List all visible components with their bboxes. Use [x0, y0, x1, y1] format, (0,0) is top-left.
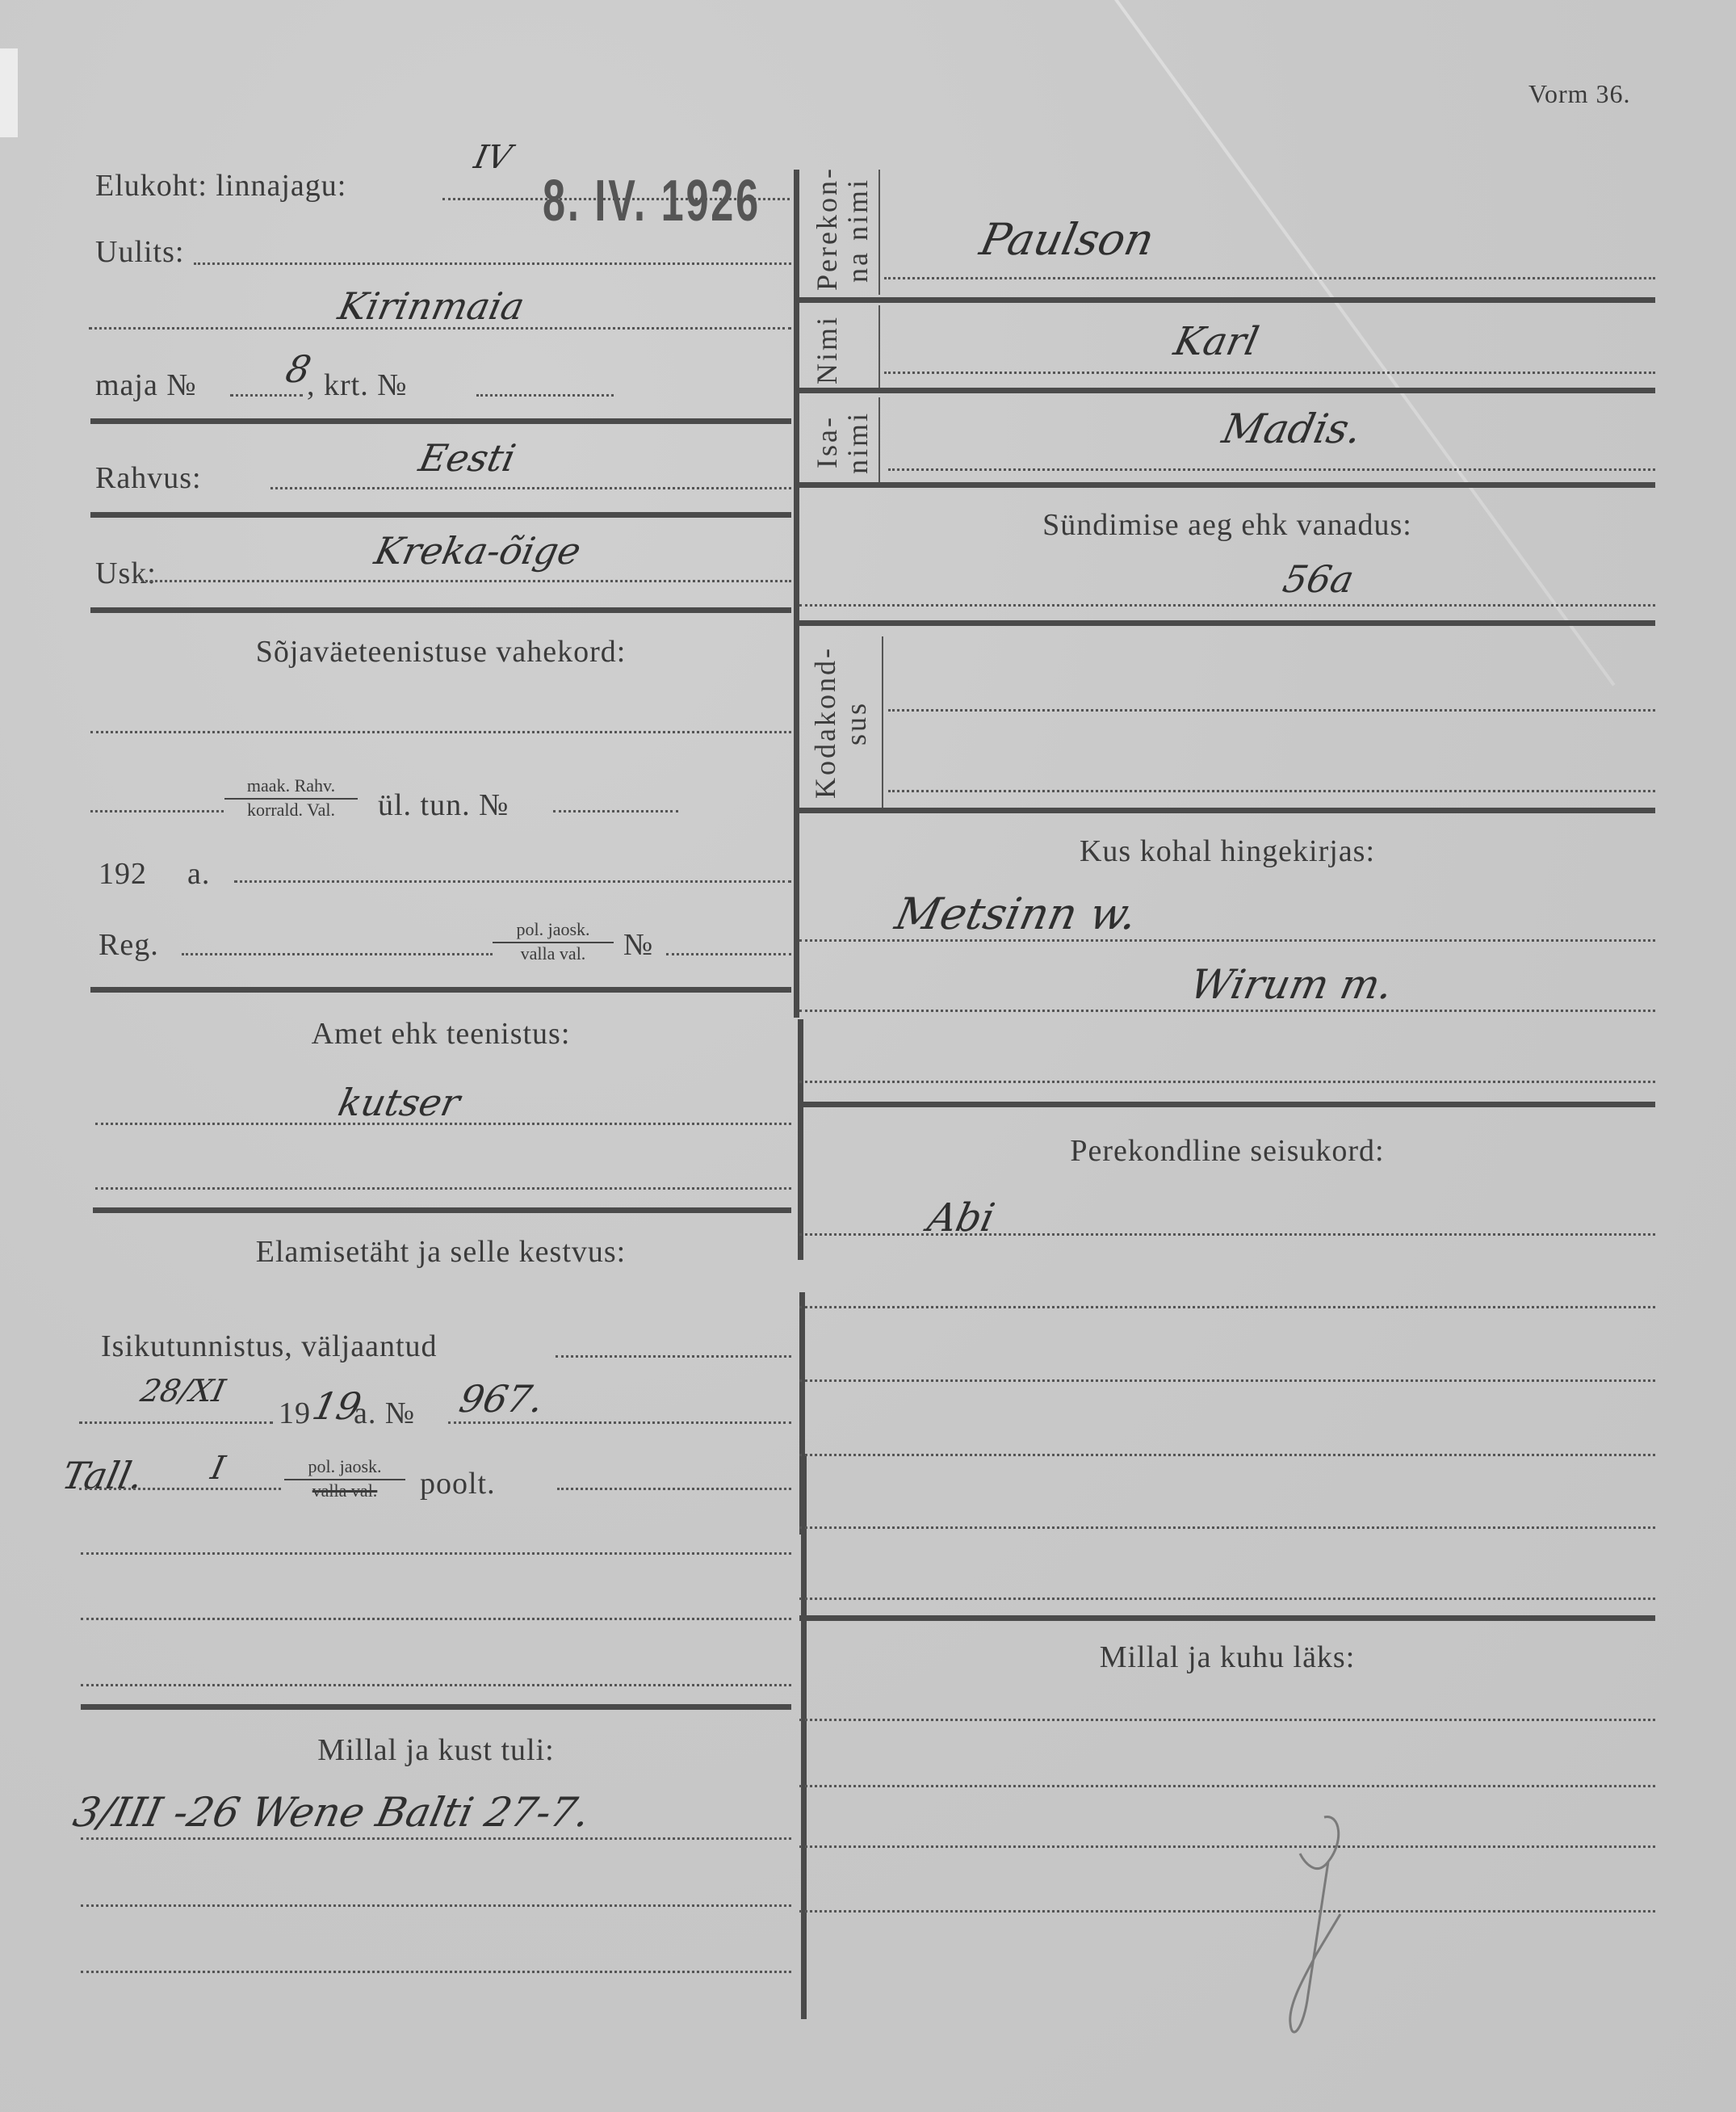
divider: [93, 1207, 791, 1213]
departure-line-4: [799, 1910, 1655, 1913]
document-page: Vorm 36. Elukoht: linnajagu: IV 8. IV. 1…: [0, 0, 1736, 2112]
apartment-line: [476, 394, 614, 397]
issuer-section-value: I: [208, 1450, 229, 1487]
fraction-top: pol. jaosk.: [284, 1456, 405, 1480]
divider: [799, 297, 1655, 303]
column-divider: [801, 1454, 807, 2019]
family-line-5: [799, 1526, 1655, 1529]
surname-label: Perekon- na nimi: [811, 170, 878, 291]
id-line: [556, 1355, 791, 1358]
registry-line-2: [799, 1010, 1655, 1012]
house-line: [230, 394, 303, 397]
registry-line1-value: Metsinn w.: [891, 888, 1142, 939]
signature-mark: [1260, 1809, 1357, 2055]
first-name-line: [884, 372, 1655, 374]
ul-tun-line: [553, 810, 678, 812]
id-date-line: [79, 1421, 273, 1424]
registry-line-1: [799, 939, 1655, 942]
occupation-heading: Amet ehk teenistus:: [90, 1016, 791, 1052]
street-value: Kirinmaia: [334, 284, 528, 328]
reg-label: Reg.: [99, 927, 159, 963]
street-line-1: [194, 262, 791, 265]
id-number-line: [448, 1421, 791, 1424]
military-heading: Sõjaväeteenistuse vahekord:: [90, 634, 791, 670]
arrival-line-3: [81, 1971, 791, 1973]
blank-line: [81, 1618, 791, 1620]
fraction-bottom-struck: valla val.: [284, 1480, 405, 1501]
fraction-top: pol. jaosk.: [493, 919, 614, 943]
occupation-value: kutser: [334, 1081, 463, 1124]
nationality-value: Eesti: [415, 436, 519, 480]
column-divider: [794, 170, 799, 1018]
blank-line: [81, 1552, 791, 1555]
departure-line-2: [799, 1785, 1655, 1787]
divider: [799, 808, 1655, 813]
divider: [90, 418, 791, 424]
citizenship-label: Kodakond- sus: [810, 638, 876, 808]
id-number-value: 967.: [455, 1377, 547, 1421]
departure-heading: Millal ja kuhu läks:: [799, 1640, 1655, 1675]
reg-no-line: [666, 953, 791, 955]
citizenship-line-2: [888, 790, 1655, 792]
divider: [799, 388, 1655, 393]
father-name-line: [888, 468, 1655, 471]
military-line-1: [90, 731, 791, 733]
id-year-prefix: 19: [279, 1396, 311, 1431]
family-line-4: [799, 1454, 1655, 1456]
blank-line: [81, 1684, 791, 1686]
father-name-value: Madis.: [1218, 405, 1366, 452]
issuer-line-2: [557, 1488, 791, 1490]
religion-value: Kreka-õige: [371, 529, 585, 573]
departure-line-3: [799, 1845, 1655, 1848]
year-line: [234, 880, 791, 883]
first-name-label: Nimi: [811, 307, 878, 392]
divider: [90, 607, 791, 613]
reg-no-label: №: [623, 927, 653, 963]
registry-line2-value: Wirum m.: [1186, 961, 1398, 1008]
arrival-line-2: [81, 1904, 791, 1907]
issuer-fraction: pol. jaosk. valla val.: [284, 1456, 405, 1501]
reg-line: [182, 953, 493, 955]
year-suffix: a.: [187, 856, 210, 892]
house-label: maja №: [95, 367, 197, 403]
divider: [90, 512, 791, 518]
religion-line: [141, 580, 791, 582]
label-divider: [882, 636, 883, 810]
residence-permit-heading: Elamisetäht ja selle kestvus:: [90, 1234, 791, 1270]
family-line-2: [799, 1306, 1655, 1308]
divider: [90, 987, 791, 993]
family-line-3: [799, 1379, 1655, 1382]
issuer-line: [79, 1488, 281, 1490]
residence-label: Elukoht: linnajagu:: [95, 168, 346, 204]
divider: [799, 1102, 1655, 1107]
nationality-line: [270, 487, 791, 489]
year-label: 192: [99, 856, 147, 892]
label-divider: [878, 170, 880, 295]
fraction-top: maak. Rahv.: [224, 775, 358, 800]
registry-heading: Kus kohal hingekirjas:: [799, 833, 1655, 869]
birth-heading: Sündimise aeg ehk vanadus:: [799, 507, 1655, 543]
street-line-2: [89, 327, 791, 330]
occupation-line-2: [95, 1187, 791, 1190]
family-line-6: [799, 1598, 1655, 1600]
id-year-suffix: a. №: [354, 1396, 415, 1431]
arrival-heading: Millal ja kust tuli:: [81, 1732, 791, 1768]
issuer-value: Tall.: [58, 1454, 147, 1497]
issuer-suffix: poolt.: [420, 1466, 496, 1501]
nationality-label: Rahvus:: [95, 460, 202, 496]
surname-value: Paulson: [975, 214, 1159, 265]
registry-line-3: [799, 1081, 1655, 1083]
id-label: Isikutunnistus, väljaantud: [101, 1329, 438, 1364]
family-line-1: [799, 1233, 1655, 1236]
apartment-label: , krt. №: [307, 367, 407, 403]
date-stamp: 8. IV. 1926: [543, 168, 761, 234]
citizenship-line-1: [888, 709, 1655, 712]
divider: [81, 1704, 791, 1710]
birth-line: [799, 604, 1655, 607]
arrival-line-1: [81, 1837, 791, 1840]
divider: [799, 1615, 1655, 1621]
divider: [799, 620, 1655, 626]
reg-fraction: pol. jaosk. valla val.: [493, 919, 614, 964]
father-name-label: Isa- nimi: [811, 400, 878, 485]
family-status-heading: Perekondline seisukord:: [799, 1133, 1655, 1169]
id-date-value: 28/XI: [137, 1373, 229, 1409]
military-line-2a: [90, 810, 224, 812]
label-divider: [878, 397, 880, 486]
divider: [799, 482, 1655, 488]
label-divider: [878, 305, 880, 390]
religion-label: Usk:: [95, 556, 157, 591]
district-value: IV: [471, 139, 514, 176]
ul-tun-label: ül. tun. №: [378, 787, 509, 823]
birth-value: 56a: [1279, 557, 1357, 601]
form-number: Vorm 36.: [1528, 79, 1631, 109]
street-label: Uulits:: [95, 234, 184, 270]
military-fraction: maak. Rahv. korrald. Val.: [224, 775, 358, 821]
arrival-value: 3/III -26 Wene Balti 27-7.: [69, 1789, 594, 1836]
torn-corner: [0, 48, 18, 137]
surname-line: [884, 277, 1655, 279]
signature-icon: [1260, 1809, 1357, 2051]
occupation-line-1: [95, 1123, 791, 1125]
fraction-bottom: valla val.: [493, 943, 614, 964]
departure-line-1: [799, 1719, 1655, 1721]
fraction-bottom: korrald. Val.: [224, 800, 358, 821]
first-name-value: Karl: [1170, 319, 1263, 364]
